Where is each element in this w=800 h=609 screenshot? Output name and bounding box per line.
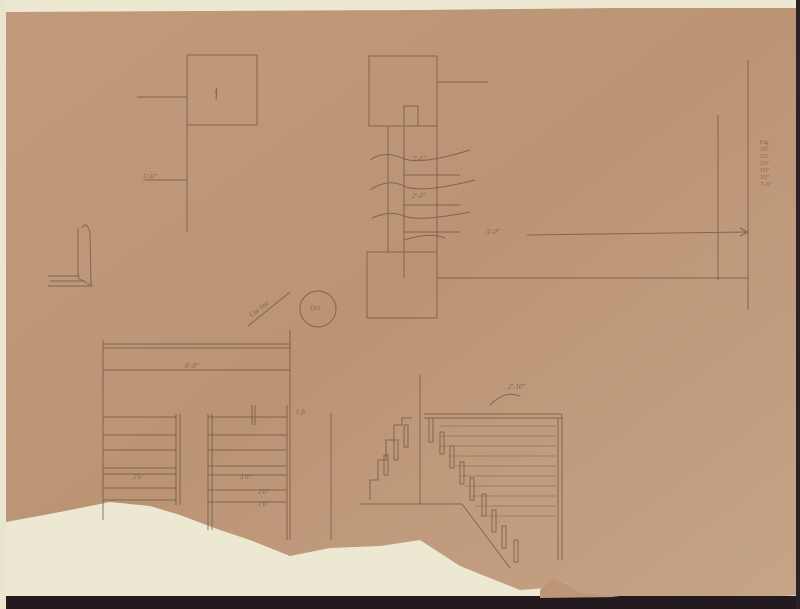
elevation-mark-4: 1'6" [258, 500, 269, 508]
elevation-mark-3: 2'0" [258, 488, 269, 496]
backing-paper-left [0, 0, 6, 609]
margin-note: Fig. 3'6" 2'6" 2'0" 1'6" 3'0" 7'-6" [760, 140, 772, 189]
plan-box-label: 1 [214, 88, 218, 96]
backing-paper-top [0, 0, 800, 8]
stair-note-2: 2'-0" [412, 192, 426, 200]
dimension-mid: 3'-0" [486, 228, 500, 236]
dimension-left: 5'-6" [143, 173, 157, 181]
elevation-top-dim: 8'-0" [185, 362, 199, 370]
circle-note: Oct. [310, 304, 322, 312]
elevation-mark-2: 3'0" [240, 473, 251, 481]
sketch-canvas [0, 0, 800, 609]
stair-note-1: 2'-6" [412, 155, 426, 163]
section-label: 5 ft [296, 408, 305, 416]
elevation-mark-1: 2'6" [133, 473, 144, 481]
section-top-dim: 2'-10" [508, 383, 525, 391]
drawing-sheet: 1 5'-6" 3'-0" 2'-6" 2'-0" Fig. 3'6" 2'6"… [0, 0, 800, 609]
scan-edge-right [796, 0, 800, 609]
